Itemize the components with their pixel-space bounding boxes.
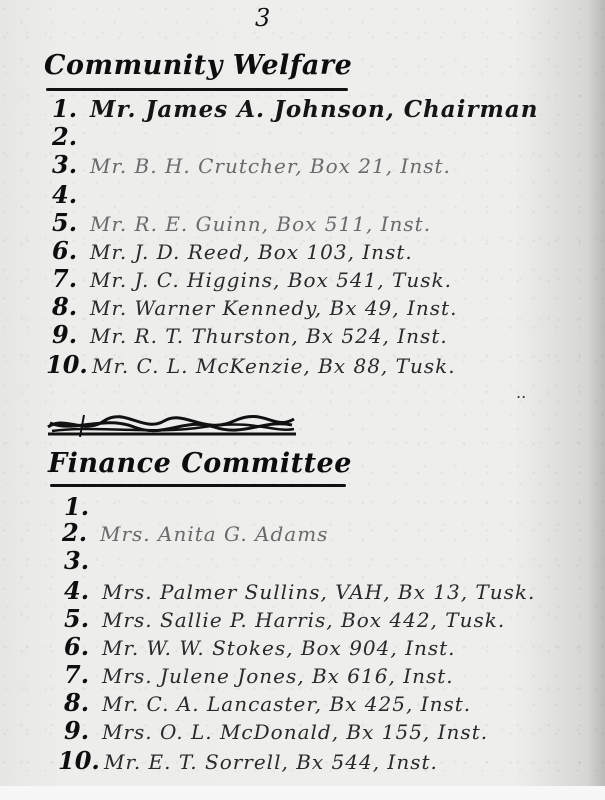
list-item: 4.	[52, 180, 90, 210]
list-item: 1. Mr. James A. Johnson, Chairman	[52, 94, 539, 124]
item-text: Mr. C. L. McKenzie, Bx 88, Tusk.	[92, 354, 456, 378]
item-text: Mrs. Palmer Sullins, VAH, Bx 13, Tusk.	[102, 580, 535, 604]
item-number: 4.	[64, 576, 102, 605]
item-number: 8.	[52, 292, 90, 321]
page-number: 3	[255, 4, 270, 32]
list-item: 5. Mrs. Sallie P. Harris, Box 442, Tusk.	[64, 604, 505, 634]
item-number: 5.	[64, 604, 102, 633]
list-item: 9. Mrs. O. L. McDonald, Bx 155, Inst.	[64, 716, 488, 746]
scan-margin	[0, 786, 605, 800]
item-number: 1.	[52, 94, 90, 123]
item-text: Mr. J. C. Higgins, Box 541, Tusk.	[90, 268, 452, 292]
item-text: Mr. J. D. Reed, Box 103, Inst.	[90, 240, 413, 264]
document-page: 3 Community Welfare 1. Mr. James A. John…	[0, 0, 605, 786]
list-item: 10. Mr. E. T. Sorrell, Bx 544, Inst.	[58, 746, 438, 776]
item-number: 3.	[64, 546, 102, 575]
heading-underline	[46, 88, 348, 91]
list-item: 3. Mr. B. H. Crutcher, Box 21, Inst.	[52, 150, 451, 180]
item-text: Mrs. O. L. McDonald, Bx 155, Inst.	[102, 720, 488, 744]
item-number: 5.	[52, 208, 90, 237]
list-item: 3.	[64, 546, 102, 576]
item-text: Mr. R. T. Thurston, Bx 524, Inst.	[90, 324, 448, 348]
list-item: 2.	[52, 122, 90, 152]
item-number: 6.	[64, 632, 102, 661]
section-title-community-welfare: Community Welfare	[44, 50, 352, 81]
item-text: Mr. Warner Kennedy, Bx 49, Inst.	[90, 296, 457, 320]
item-text: Mr. James A. Johnson, Chairman	[90, 96, 539, 123]
list-item: 7. Mr. J. C. Higgins, Box 541, Tusk.	[52, 264, 452, 294]
item-number: 7.	[64, 660, 102, 689]
list-item: 7. Mrs. Julene Jones, Bx 616, Inst.	[64, 660, 454, 690]
list-item: 8. Mr. Warner Kennedy, Bx 49, Inst.	[52, 292, 457, 322]
item-number: 9.	[64, 716, 102, 745]
item-text: Mrs. Anita G. Adams	[100, 522, 328, 546]
item-number: 1.	[64, 492, 102, 521]
item-number: 3.	[52, 150, 90, 179]
list-item: 2. Mrs. Anita G. Adams	[62, 518, 328, 548]
item-text: Mrs. Julene Jones, Bx 616, Inst.	[102, 664, 454, 688]
item-number: 10.	[58, 746, 104, 775]
item-number: 2.	[62, 518, 100, 547]
list-item: 6. Mr. J. D. Reed, Box 103, Inst.	[52, 236, 413, 266]
crossed-out-heading-scribble	[44, 413, 299, 437]
item-number: 6.	[52, 236, 90, 265]
item-number: 9.	[52, 320, 90, 349]
list-item: 5. Mr. R. E. Guinn, Box 511, Inst.	[52, 208, 431, 238]
list-item: 10. Mr. C. L. McKenzie, Bx 88, Tusk.	[46, 350, 456, 380]
item-number: 2.	[52, 122, 90, 151]
item-number: 7.	[52, 264, 90, 293]
item-text: Mr. B. H. Crutcher, Box 21, Inst.	[90, 154, 451, 178]
item-text: Mr. C. A. Lancaster, Bx 425, Inst.	[102, 692, 471, 716]
list-item: 6. Mr. W. W. Stokes, Box 904, Inst.	[64, 632, 456, 662]
item-text: Mr. E. T. Sorrell, Bx 544, Inst.	[104, 750, 438, 774]
list-item: 4. Mrs. Palmer Sullins, VAH, Bx 13, Tusk…	[64, 576, 535, 606]
item-text: Mrs. Sallie P. Harris, Box 442, Tusk.	[102, 608, 505, 632]
heading-underline	[50, 484, 346, 487]
item-text: Mr. R. E. Guinn, Box 511, Inst.	[90, 212, 431, 236]
list-item: 9. Mr. R. T. Thurston, Bx 524, Inst.	[52, 320, 448, 350]
list-item: 8. Mr. C. A. Lancaster, Bx 425, Inst.	[64, 688, 471, 718]
item-number: 8.	[64, 688, 102, 717]
item-number: 10.	[46, 350, 92, 379]
trailing-marks: ..	[516, 383, 526, 402]
item-text: Mr. W. W. Stokes, Box 904, Inst.	[102, 636, 456, 660]
section-title-finance-committee: Finance Committee	[48, 448, 352, 479]
item-number: 4.	[52, 180, 90, 209]
